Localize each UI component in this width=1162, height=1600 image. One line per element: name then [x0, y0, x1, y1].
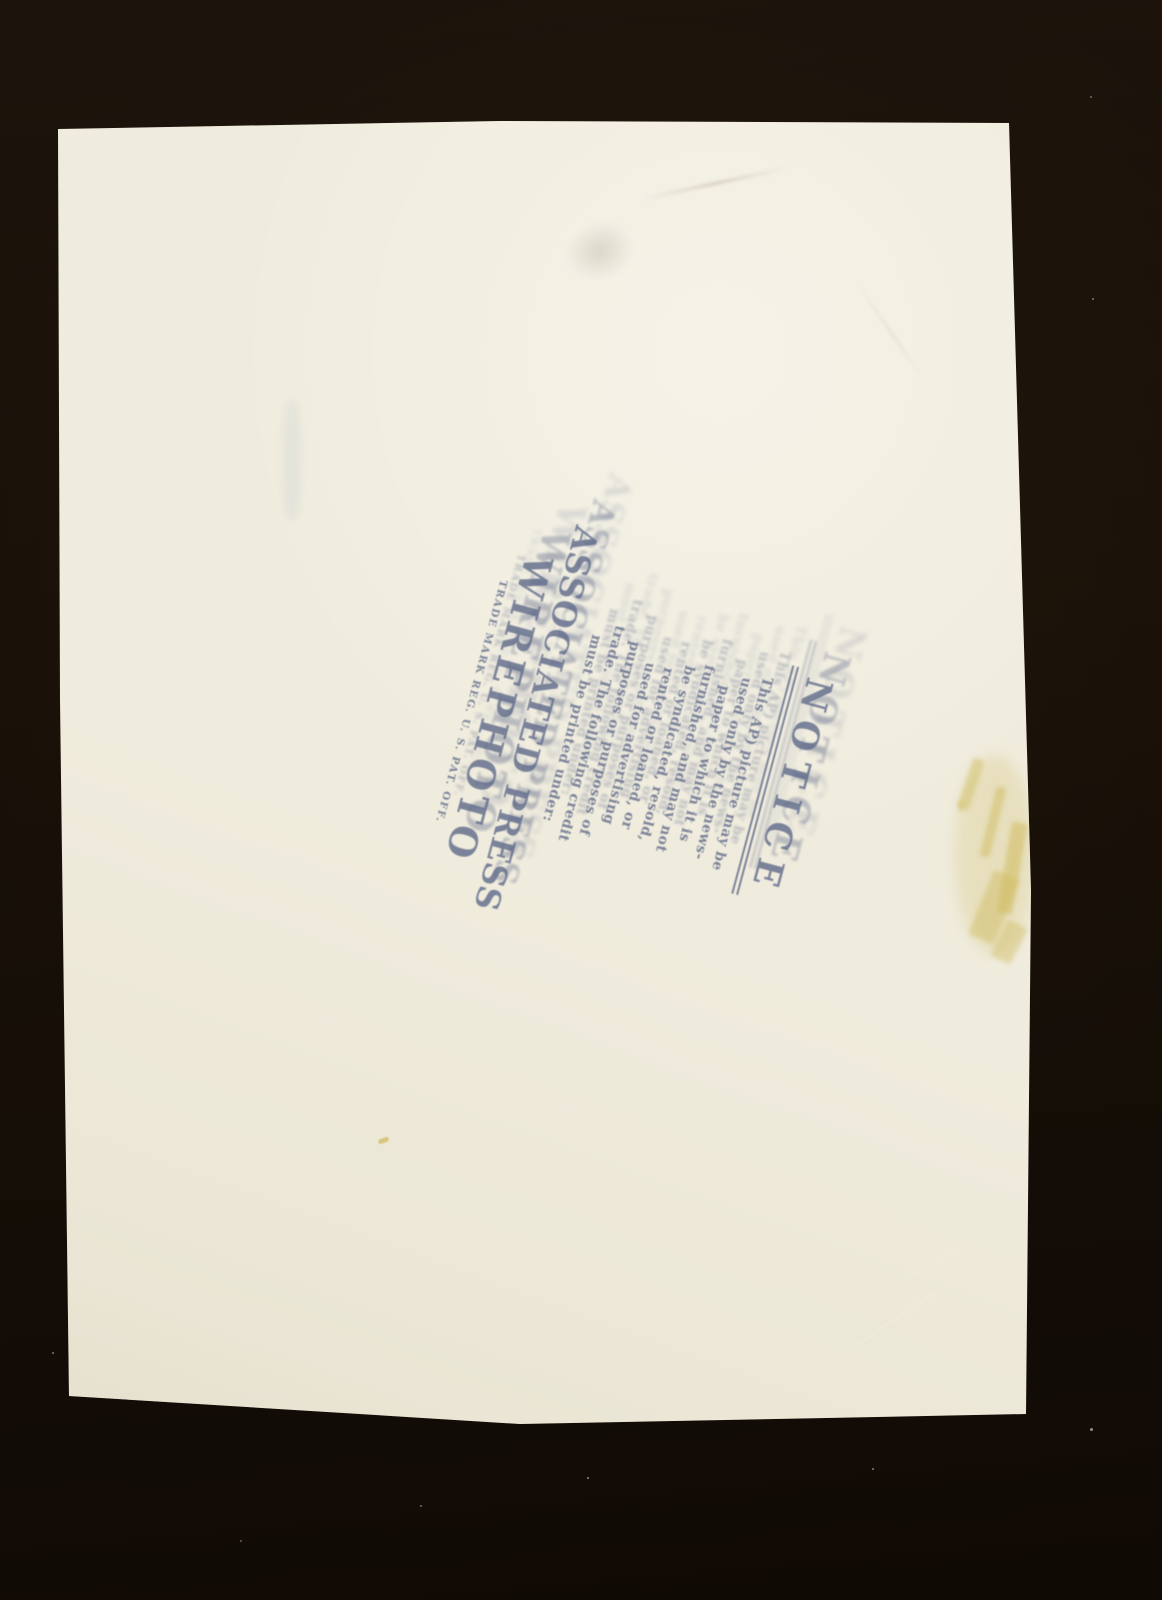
dust-speck: [1092, 298, 1094, 300]
yellow-stain-fleck: [958, 800, 964, 812]
dust-speck: [420, 1505, 422, 1507]
fingerprint-smudge: [557, 212, 643, 290]
scratch-line: [909, 1247, 961, 1278]
dust-speck: [1090, 1428, 1093, 1431]
faint-blue-smear: [283, 400, 301, 520]
photo-paper-verso: NOTICE This AP) picture may be used only…: [0, 0, 1162, 1600]
dust-speck: [52, 1352, 54, 1354]
dust-speck: [587, 1477, 589, 1479]
crease-mark: [855, 281, 925, 380]
scratch-line: [858, 1292, 935, 1344]
photo-backdrop: NOTICE This AP) picture may be used only…: [0, 0, 1162, 1600]
dust-speck: [1090, 96, 1092, 98]
crease-mark: [641, 166, 788, 200]
dust-speck: [240, 1540, 242, 1542]
dust-speck: [872, 1468, 874, 1470]
yellow-speck: [377, 1136, 389, 1144]
